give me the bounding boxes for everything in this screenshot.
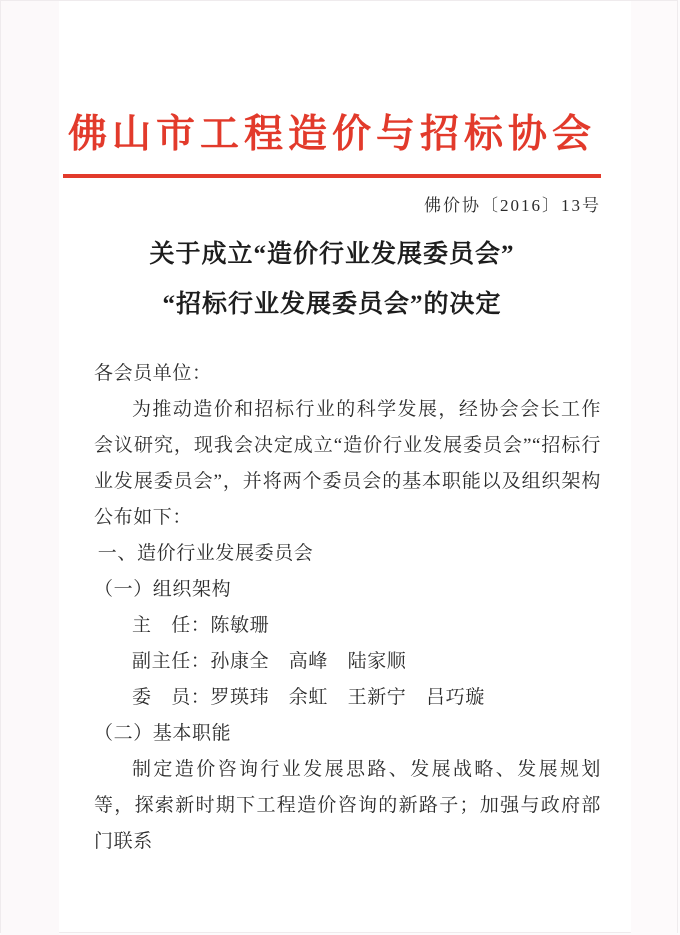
- salutation: 各会员单位：: [94, 356, 601, 392]
- role-line-members: 委 员：罗瑛玮 余虹 王新宁 吕巧璇: [94, 680, 601, 716]
- letterhead-divider: [63, 174, 601, 178]
- intro-paragraph: 为推动造价和招标行业的科学发展，经协会会长工作会议研究，现我会决定成立“造价行业…: [94, 392, 601, 536]
- document-content: 各会员单位： 为推动造价和招标行业的科学发展，经协会会长工作会议研究，现我会决定…: [94, 356, 601, 860]
- scanned-page: 佛山市工程造价与招标协会 佛价协〔2016〕13号 关于成立“造价行业发展委员会…: [0, 0, 678, 933]
- document-title-line-1: 关于成立“造价行业发展委员会”: [63, 230, 601, 280]
- document-body: 佛山市工程造价与招标协会 佛价协〔2016〕13号 关于成立“造价行业发展委员会…: [63, 1, 601, 860]
- duties-paragraph: 制定造价咨询行业发展思路、发展战略、发展规划等，探索新时期下工程造价咨询的新路子…: [94, 752, 601, 860]
- role-line-vice-chairmen: 副主任：孙康全 高峰 陆家顺: [94, 644, 601, 680]
- section-1-heading: 一、造价行业发展委员会: [94, 536, 601, 572]
- screenshot-root: { "document": { "org_name": "佛山市工程造价与招标协…: [0, 0, 680, 935]
- scan-margin-left: [1, 1, 59, 935]
- document-number: 佛价协〔2016〕13号: [63, 191, 601, 216]
- role-line-chairman: 主 任：陈敏珊: [94, 608, 601, 644]
- letterhead-org-name: 佛山市工程造价与招标协会: [63, 103, 601, 159]
- subsection-1-heading: （一）组织架构: [94, 572, 601, 608]
- document-title-line-2: “招标行业发展委员会”的决定: [63, 280, 601, 330]
- document-title: 关于成立“造价行业发展委员会” “招标行业发展委员会”的决定: [63, 230, 601, 330]
- subsection-2-heading: （二）基本职能: [94, 716, 601, 752]
- scan-margin-right: [631, 1, 677, 935]
